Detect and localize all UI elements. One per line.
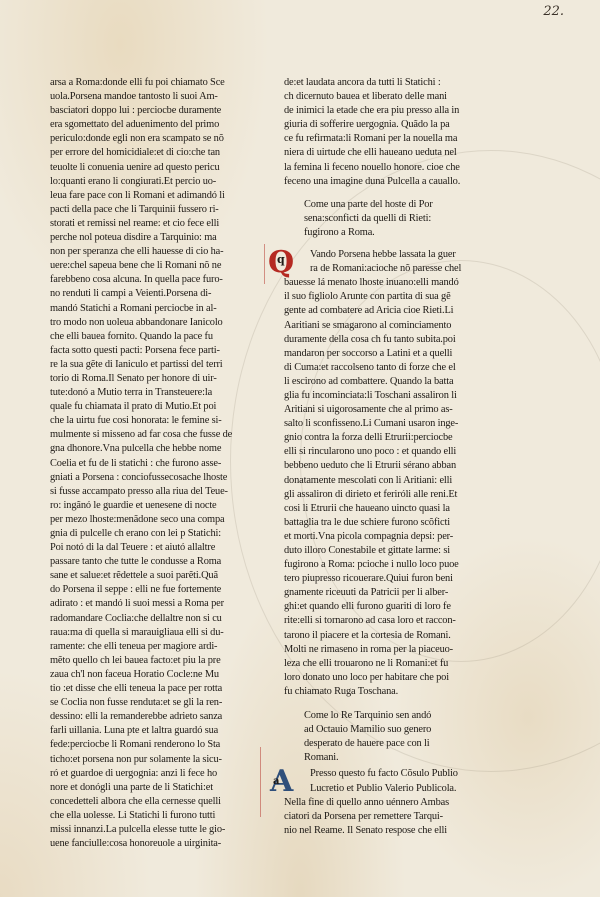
text-line: ce fu refirmata:li Romani per la nouella…: [284, 132, 474, 146]
text-line: raua:ma di quella si marauigliaua elli s…: [50, 626, 236, 640]
text-line: farli uillania. Luna pte et laltra guard…: [50, 724, 236, 738]
text-line: niera di uirtude che elli haueano ueduta…: [284, 146, 474, 160]
text-line: uola.Porsena mandoe tantosto li suoi Am-: [50, 90, 236, 104]
text-line: periculo:donde egli non era scampato se …: [50, 132, 236, 146]
heading-line: desperato de hauere pace con li: [304, 737, 474, 751]
text-line: Presso questo fu facto Cõsulo Publio: [284, 767, 474, 781]
chapter-heading-2: Come lo Re Tarquinio sen andóad Octauio …: [284, 709, 474, 765]
chapter-heading-1: Come una parte del hoste di Porsena:scon…: [284, 198, 474, 240]
text-line: lo:quanti erano li congiurati.Et percio …: [50, 175, 236, 189]
heading-line: Come lo Re Tarquinio sen andó: [304, 709, 474, 723]
text-line: ramente: che elli teneua per magiore ard…: [50, 640, 236, 654]
text-line: battaglia tra le due schiere furono scõf…: [284, 516, 474, 530]
text-line: se Coclia non fusse renduta:et se gli la…: [50, 696, 236, 710]
guide-letter: a: [273, 777, 279, 787]
text-line: Poi notó di la dal Teuere : et aiutó all…: [50, 541, 236, 555]
text-line: gnia di pulcelle ch erano con lei p Stat…: [50, 527, 236, 541]
text-line: adirato : et mandó li suoi messi a Roma …: [50, 597, 236, 611]
text-line: ra de Romani:acioche nõ paresse chel: [284, 262, 474, 276]
text-line: mandaron per soccorso a Latini et a quel…: [284, 347, 474, 361]
text-line: ró et guardoe di uergognia: anzi li fece…: [50, 767, 236, 781]
text-line: giuria di sofferire uergognia. Quãdo la …: [284, 118, 474, 132]
manuscript-page: 22. arsa a Roma:donde elli fu poi chiama…: [0, 0, 600, 897]
text-line: gna dhonore.Vna pulcella che hebbe nome: [50, 442, 236, 456]
text-line: gnamente riceuuti da Patricii per li alb…: [284, 586, 474, 600]
text-line: passare tanto che tutte le condusse a Ro…: [50, 555, 236, 569]
text-line: sane et salue:et rẽdettele a suoi parẽti…: [50, 569, 236, 583]
text-line: quale fu chiamata il prato di Mutio.Et p…: [50, 400, 236, 414]
text-line: il suo figliolo Arunte con partita di su…: [284, 290, 474, 304]
heading-line: fugirono a Roma.: [304, 226, 474, 240]
text-line: tio :et disse che elli teneua la pace pe…: [50, 682, 236, 696]
text-line: tarono il piacere et la cortesia de Roma…: [284, 629, 474, 643]
text-line: uene fanciulle:cosa honoreuole a uirgini…: [50, 837, 236, 851]
guide-letter: q: [277, 254, 285, 265]
text-line: si fusse accampato presso alla riua del …: [50, 485, 236, 499]
text-line: uere:chel sapeua bene che li Romani nõ n…: [50, 259, 236, 273]
marginal-flourish-icon: [260, 747, 261, 817]
text-line: ro: ingãnó le guardie et uenesene di noc…: [50, 499, 236, 513]
heading-line: sena:sconficti da quelli di Rieti:: [304, 212, 474, 226]
text-line: leua fare pace con li Romani et adimandó…: [50, 189, 236, 203]
text-line: re la sua gẽte di Ianiculo et partissi d…: [50, 358, 236, 372]
text-line: pacti della pace che li Tarquinii fusser…: [50, 203, 236, 217]
heading-line: ad Octauio Mamilio suo genero: [304, 723, 474, 737]
text-line: gli assaliron di dirieto et feriróli all…: [284, 488, 474, 502]
decorated-initial-q: Q q: [268, 248, 294, 278]
text-line: nore et donógli una parte de li Statichi…: [50, 781, 236, 795]
left-column: arsa a Roma:donde elli fu poi chiamato S…: [50, 76, 236, 851]
chapter-section-2: A a Presso questo fu facto Cõsulo Publio…: [284, 767, 474, 837]
text-line: zaua ch'l non faceua Horatio Cocle:ne Mu: [50, 668, 236, 682]
text-line: farebbeno cosa alcuna. In quella pace fu…: [50, 273, 236, 287]
right-intro: de:et laudata ancora da tutti li Statich…: [284, 76, 474, 189]
text-line: duto illoro Conestabile et gittate larme…: [284, 544, 474, 558]
text-line: cosi li Etrurii che haueano uincto quasi…: [284, 502, 474, 516]
text-line: Coelia et fu de li statichi : che furono…: [50, 457, 236, 471]
text-line: fede:perciocbe li Romani renderono lo St…: [50, 738, 236, 752]
folio-number: 22.: [543, 4, 564, 19]
text-line: di Cuma:et raccolseno tanto di forze che…: [284, 361, 474, 375]
text-line: facta sotto questi pacti: Porsena fece p…: [50, 344, 236, 358]
text-line: per mezo lhoste:menãdone seco una compa: [50, 513, 236, 527]
text-line: tero piupresso ricouerare.Quiui furon be…: [284, 572, 474, 586]
text-line: bebbeno ueduto che li Etrurii sérano abb…: [284, 459, 474, 473]
text-line: che la uirtu fue cosi honorata: le femin…: [50, 414, 236, 428]
text-line: basciatori doppo lui : perciocbe duramen…: [50, 104, 236, 118]
text-line: mandó Statichi a Romani perciocbe in al-: [50, 302, 236, 316]
text-line: fu chiamato Ruga Toschana.: [284, 685, 474, 699]
text-line: mẽto quello ch lei bauea facto:et piu la…: [50, 654, 236, 668]
decorated-initial-a: A a: [270, 767, 293, 797]
text-line: nio nel Reame. Il Senato respose che ell…: [284, 824, 474, 838]
text-line: fugirono a Roma: pcioche i nullo loco pu…: [284, 558, 474, 572]
text-line: storati et remissi nel reame: et cio fec…: [50, 217, 236, 231]
text-line: salto li sconfisseno.Li Cumani usaron in…: [284, 417, 474, 431]
marginal-flourish-icon: [264, 244, 265, 284]
text-line: de:et laudata ancora da tutti li Statich…: [284, 76, 474, 90]
text-line: donatamente mescolati con li Aritiani: e…: [284, 474, 474, 488]
text-line: rite:elli si tornarono ad casa loro et r…: [284, 614, 474, 628]
text-line: de inimici la etade che era piu presso a…: [284, 104, 474, 118]
right-column: de:et laudata ancora da tutti li Statich…: [284, 76, 474, 838]
text-line: ciatori da Porsena per remettere Tarqui-: [284, 810, 474, 824]
text-line: loro donato uno loco per habitare che po…: [284, 671, 474, 685]
text-line: arsa a Roma:donde elli fu poi chiamato S…: [50, 76, 236, 90]
text-line: che elli bauea fornito. Quando la pace f…: [50, 330, 236, 344]
text-line: mulmente si misseno ad far cosa che fuss…: [50, 428, 236, 442]
text-line: Lucretio et Publio Valerio Publicola.: [284, 782, 474, 796]
text-line: bauesse lá menato lhoste inuano:elli man…: [284, 276, 474, 290]
text-line: feceno una imagine duna Pulcella a caual…: [284, 175, 474, 189]
text-line: no renduti li campi a Veienti.Porsena di…: [50, 287, 236, 301]
text-line: radomandare Coclia:che dellaltre non si …: [50, 612, 236, 626]
text-line: Aritiani si uigorosamente che al primo a…: [284, 403, 474, 417]
text-line: ch dicernuto bauea et liberato delle man…: [284, 90, 474, 104]
text-line: tute:donó a Mutio terra in Transteuere:l…: [50, 386, 236, 400]
text-line: dessino: elli la remanderebbe adrieto sa…: [50, 710, 236, 724]
text-line: li escirono ad combattere. Quando la bat…: [284, 375, 474, 389]
text-line: Molti ne rimaseno in roma per la piaceuo…: [284, 643, 474, 657]
chapter-section-1: Q q Vando Porsena hebbe lassata la guerr…: [284, 248, 474, 699]
text-line: Nella fine di quello anno uénnero Ambas: [284, 796, 474, 810]
text-line: teuolte li conuenia uenire ad questo per…: [50, 161, 236, 175]
text-line: et morti.Vna picola compagnia depsi: per…: [284, 530, 474, 544]
text-line: ghi:et quando elli furono guariti di lor…: [284, 600, 474, 614]
text-line: perche nol poteua disdire a Tarquinio: m…: [50, 231, 236, 245]
text-line: gente ad combatere ad Aricia cioe Rieti.…: [284, 304, 474, 318]
text-line: non per speranza che elli hauesse di cio…: [50, 245, 236, 259]
text-line: tro modo non uoleua abbandonare Ianicolo: [50, 316, 236, 330]
text-line: Aaritiani se smagarono al cominciamento: [284, 319, 474, 333]
text-line: che ella uolesse. Li Statichi li furono …: [50, 809, 236, 823]
text-line: per errore del homicidiale:et di cio:che…: [50, 146, 236, 160]
text-line: elli si rincularono uno poco : et quando…: [284, 445, 474, 459]
text-line: glia fu incominciata:li Toschani assalir…: [284, 389, 474, 403]
text-line: la femina li feceno nouello honore. cioe…: [284, 161, 474, 175]
heading-line: Come una parte del hoste di Por: [304, 198, 474, 212]
heading-line: Romani.: [304, 751, 474, 765]
text-line: gnio contra la forza delli Etrurii:perci…: [284, 431, 474, 445]
text-line: gniati a Porsena : conciofussecosache lh…: [50, 471, 236, 485]
text-line: leza che elli trouarono ne li Romani:et …: [284, 657, 474, 671]
text-line: missi innanzi.La pulcella elesse tutte l…: [50, 823, 236, 837]
text-line: concedetteli albora che ella cernesse qu…: [50, 795, 236, 809]
text-line: era sgomettato del aduenimento del primo: [50, 118, 236, 132]
text-line: ticho:et porsena non pur solamente la si…: [50, 753, 236, 767]
text-line: Vando Porsena hebbe lassata la guer: [284, 248, 474, 262]
text-line: torio di Roma.Il Senato per honore di ui…: [50, 372, 236, 386]
text-line: do Porsena il seppe : elli ne fue fortem…: [50, 583, 236, 597]
text-line: duramente della cosa ch fu tanto subita.…: [284, 333, 474, 347]
